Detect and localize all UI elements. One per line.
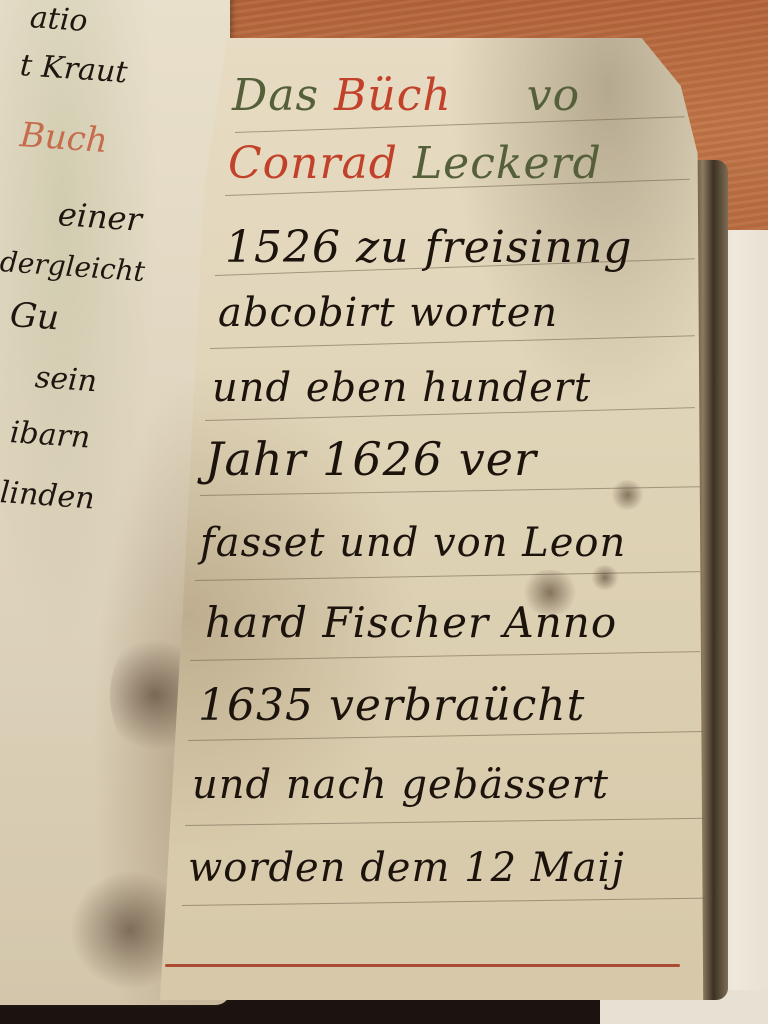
manuscript-line: fasset und von Leon (200, 520, 626, 566)
manuscript-line: und nach gebässert (192, 762, 609, 808)
manuscript-line: worden dem 12 Maij (188, 845, 625, 891)
left-page-line: atio (29, 0, 89, 39)
manuscript-line: abcobirt worten (218, 290, 558, 336)
left-page-line: Gu (9, 295, 61, 338)
left-page-line: dergleicht (0, 245, 146, 288)
title-word-buch: Büch (334, 70, 452, 121)
left-page-line-red: Buch (19, 115, 109, 161)
title-line-1: Das Büch vo (232, 70, 580, 121)
title-word-vo: vo (527, 70, 580, 121)
red-rule-line (165, 964, 680, 967)
left-page-line: sein (34, 360, 98, 399)
owner-first-name: Conrad (228, 138, 398, 189)
left-page-line: linden (0, 475, 96, 517)
ink-stain (590, 565, 620, 590)
ink-stain (610, 480, 645, 510)
manuscript-line: 1526 zu freisinng (225, 222, 632, 273)
manuscript-line: 1635 verbraücht (198, 680, 585, 731)
title-word-das: Das (232, 70, 319, 121)
ink-stain (520, 570, 580, 615)
title-line-2: Conrad Leckerd (228, 138, 602, 189)
manuscript-line: Jahr 1626 ver (205, 432, 537, 486)
left-page-line: ibarn (9, 415, 92, 456)
manuscript-line: und eben hundert (212, 365, 591, 411)
left-page-line: einer (57, 195, 143, 239)
owner-last-name: Leckerd (413, 138, 602, 189)
left-page-line: t Kraut (19, 48, 129, 90)
